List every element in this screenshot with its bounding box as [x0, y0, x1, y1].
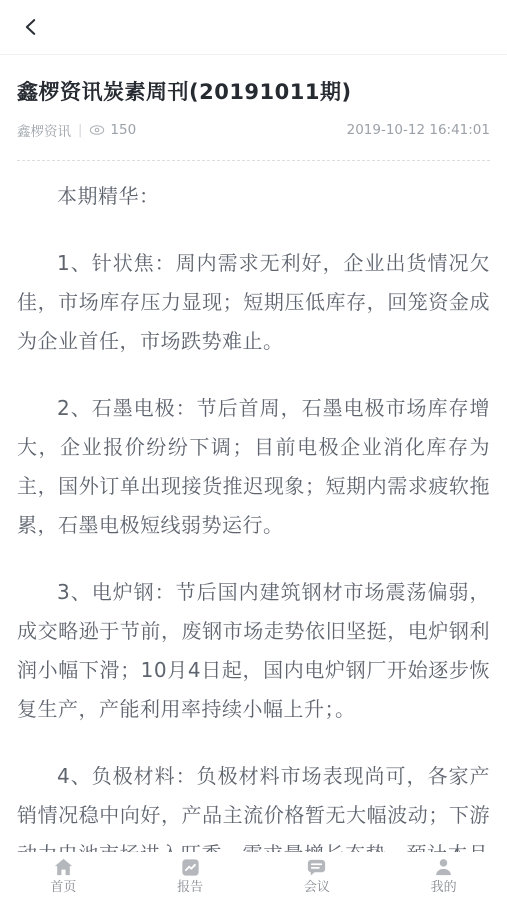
article-source: 鑫椤资讯 [17, 120, 71, 140]
paragraph-intro: 本期精华： [17, 177, 490, 216]
article-datetime: 2019-10-12 16:41:01 [347, 122, 490, 138]
meta-separator: | [78, 123, 82, 138]
paragraph-needle-coke: 1、针状焦：周内需求无利好，企业出货情况欠佳，市场库存压力显现；短期压低库存，回… [17, 244, 490, 361]
chevron-left-icon [20, 16, 42, 38]
tab-profile-label: 我的 [431, 880, 457, 896]
paragraph-graphite-electrode: 2、石墨电极：节后首周，石墨电极市场库存增大，企业报价纷纷下调；目前电极企业消化… [17, 389, 490, 545]
article-title: 鑫椤资讯炭素周刊(20191011期) [17, 77, 490, 107]
views-group: 150 [89, 122, 136, 138]
eye-icon [89, 124, 105, 136]
tab-home[interactable]: 首页 [0, 852, 127, 900]
tab-report[interactable]: 报告 [127, 852, 254, 900]
profile-icon [432, 856, 455, 879]
meeting-icon [305, 856, 328, 879]
tab-profile[interactable]: 我的 [380, 852, 507, 900]
tab-report-label: 报告 [177, 880, 203, 896]
dashed-divider [17, 160, 490, 161]
article-meta: 鑫椤资讯 | 150 2019-10-12 16:41:01 [17, 120, 490, 140]
paragraph-anode-material: 4、负极材料：负极材料市场表现尚可，各家产销情况稳中向好，产品主流价格暂无大幅波… [17, 757, 490, 852]
article-meta-left: 鑫椤资讯 | 150 [17, 120, 136, 140]
back-button[interactable] [20, 10, 54, 44]
home-icon [52, 856, 75, 879]
article-content[interactable]: 鑫椤资讯炭素周刊(20191011期) 鑫椤资讯 | 150 2019-10-1… [0, 55, 507, 852]
header-bar [0, 0, 507, 55]
report-icon [179, 856, 202, 879]
view-count: 150 [110, 122, 136, 138]
paragraph-eaf-steel: 3、电炉钢：节后国内建筑钢材市场震荡偏弱，成交略逊于节前，废钢市场走势依旧坚挺，… [17, 573, 490, 729]
tab-meeting-label: 会议 [304, 880, 330, 896]
tab-meeting[interactable]: 会议 [254, 852, 381, 900]
article-page: 鑫椤资讯炭素周刊(20191011期) 鑫椤资讯 | 150 2019-10-1… [0, 0, 507, 900]
tab-home-label: 首页 [50, 880, 76, 896]
article-body: 本期精华： 1、针状焦：周内需求无利好，企业出货情况欠佳，市场库存压力显现；短期… [17, 177, 490, 852]
bottom-tab-bar: 首页 报告 会议 我的 [0, 852, 507, 900]
